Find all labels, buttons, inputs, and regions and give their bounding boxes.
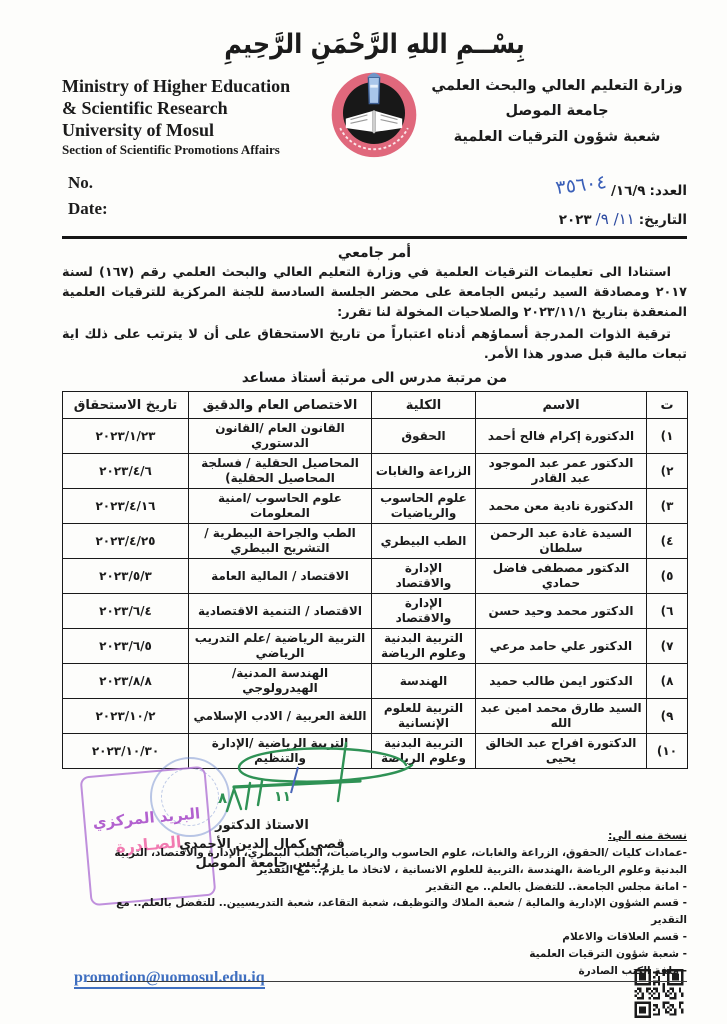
cell-college: الإدارة والاقتصاد	[372, 559, 476, 594]
promotions-table: ت الاسم الكلية الاختصاص العام والدقيق تا…	[62, 391, 688, 769]
reference-row: No. Date: العدد: /١٦/٩ ٣٥٦٠٤ التاريخ: /١…	[62, 170, 687, 233]
ministry-name-english: Ministry of Higher Education & Scientifi…	[62, 72, 320, 158]
cell-no: ٧)	[647, 629, 688, 664]
distribution-item: - شعبة شؤون الترقيات العلمية	[87, 946, 687, 963]
distribution-item: - قسم العلاقات والاعلام	[87, 929, 687, 946]
cell-date: ٢٠٢٣/١/٢٣	[63, 419, 189, 454]
number-label-ar: العدد:	[650, 179, 687, 203]
cell-no: ٥)	[647, 559, 688, 594]
cell-spec: اللغة العربية / الادب الإسلامي	[189, 699, 372, 734]
cell-date: ٢٠٢٣/١٠/٢	[63, 699, 189, 734]
cell-no: ١٠)	[647, 734, 688, 769]
col-header-college: الكلية	[372, 392, 476, 419]
cell-spec: المحاصيل الحقلية / فسلجة المحاصيل الحقلي…	[189, 454, 372, 489]
cell-spec: الطب والجراحة البيطرية / التشريح البيطري	[189, 524, 372, 559]
distribution-item: -عمادات كليات /الحقوق، الزراعة والغابات،…	[87, 845, 687, 879]
table-row: ٤)السيدة غادة عبد الرحمن سلطانالطب البيط…	[63, 524, 688, 559]
cell-name: الدكتور مصطفى فاضل حمادي	[476, 559, 647, 594]
cell-name: السيدة غادة عبد الرحمن سلطان	[476, 524, 647, 559]
cell-no: ٨)	[647, 664, 688, 699]
cell-date: ٢٠٢٣/٤/٢٥	[63, 524, 189, 559]
table-row: ٩)السيد طارق محمد امين عبد اللهالتربية ل…	[63, 699, 688, 734]
cell-name: السيد طارق محمد امين عبد الله	[476, 699, 647, 734]
date-label-ar: التاريخ:	[639, 208, 687, 232]
distribution-item: - قسم الشؤون الإدارية والمالية / شعبة ال…	[87, 895, 687, 929]
cell-name: الدكتورة إكرام فالح أحمد	[476, 419, 647, 454]
cell-no: ٣)	[647, 489, 688, 524]
table-row: ١)الدكتورة إكرام فالح أحمدالحقوقالقانون …	[63, 419, 688, 454]
cell-no: ٤)	[647, 524, 688, 559]
reference-values-ar: العدد: /١٦/٩ ٣٥٦٠٤ التاريخ: /١١/ ٩ ٢٠٢٣	[556, 170, 687, 233]
handwritten-date: /١١/ ٩	[596, 206, 635, 233]
cell-date: ٢٠٢٣/٥/٣	[63, 559, 189, 594]
cell-date: ٢٠٢٣/٦/٥	[63, 629, 189, 664]
date-year-printed: ٢٠٢٣	[559, 208, 592, 232]
section-name-ar: شعبة شؤون الترقيات العلمية	[427, 125, 687, 150]
bismillah-calligraphy: بِسْــمِ اللهِ الرَّحْمَنِ الرَّحِيمِ	[62, 28, 687, 59]
distribution-item: - ملفة الكتب الصادرة	[87, 963, 687, 980]
document-page: بِسْــمِ اللهِ الرَّحْمَنِ الرَّحِيمِ Mi…	[0, 0, 727, 1024]
cell-college: الهندسة	[372, 664, 476, 699]
letterhead: Ministry of Higher Education & Scientifi…	[62, 72, 687, 160]
cell-no: ١)	[647, 419, 688, 454]
col-header-name: الاسم	[476, 392, 647, 419]
cell-date: ٢٠٢٣/٤/٦	[63, 454, 189, 489]
table-row: ٣)الدكتورة نادية معن محمدعلوم الحاسوب وا…	[63, 489, 688, 524]
university-of-mosul-logo-icon	[326, 66, 422, 160]
ref-date-line: التاريخ: /١١/ ٩ ٢٠٢٣	[556, 206, 687, 233]
no-label: No.	[68, 170, 108, 196]
order-paragraph-2: ترقية الذوات المدرجة أسماؤهم أدناه اعتبا…	[62, 325, 687, 365]
cell-no: ٩)	[647, 699, 688, 734]
cell-college: التربية للعلوم الإنسانية	[372, 699, 476, 734]
university-name-en: University of Mosul	[62, 120, 320, 142]
cell-no: ٦)	[647, 594, 688, 629]
cell-college: الزراعة والغابات	[372, 454, 476, 489]
order-title: أمر جامعي	[62, 245, 687, 261]
cell-college: التربية البدنية وعلوم الرياضة	[372, 629, 476, 664]
ref-number-line: العدد: /١٦/٩ ٣٥٦٠٤	[556, 172, 687, 206]
cell-spec: علوم الحاسوب /امنية المعلومات	[189, 489, 372, 524]
ministry-line-ar: وزارة التعليم العالي والبحث العلمي	[427, 74, 687, 99]
university-name-ar: جامعة الموصل	[427, 99, 687, 124]
cell-spec: القانون العام /القانون الدستوري	[189, 419, 372, 454]
distribution-list: نسخة منه الي: -عمادات كليات /الحقوق، الز…	[87, 827, 687, 982]
cell-college: الحقوق	[372, 419, 476, 454]
order-paragraph-1: استنادا الى تعليمات الترقيات العلمية في …	[62, 263, 687, 322]
table-row: ٦)الدكتور محمد وحيد حسنالإدارة والاقتصاد…	[63, 594, 688, 629]
col-header-entitlement-date: تاريخ الاستحقاق	[63, 392, 189, 419]
cell-college: الطب البيطري	[372, 524, 476, 559]
handwritten-month: ١١	[274, 789, 291, 805]
ministry-line-2: & Scientific Research	[62, 98, 320, 120]
cell-name: الدكتورة افراح عبد الخالق يحيى	[476, 734, 647, 769]
table-row: ٧)الدكتور علي حامد مرعيالتربية البدنية و…	[63, 629, 688, 664]
cell-name: الدكتور علي حامد مرعي	[476, 629, 647, 664]
cell-name: الدكتور عمر عبد الموجود عبد القادر	[476, 454, 647, 489]
col-header-no: ت	[647, 392, 688, 419]
cell-spec: التربية الرياضية /علم التدريب الرياضي	[189, 629, 372, 664]
cell-name: الدكتورة نادية معن محمد	[476, 489, 647, 524]
promotion-subject-line: من مرتبة مدرس الى مرتبة أستاذ مساعد	[62, 370, 687, 386]
cell-college: علوم الحاسوب والرياضيات	[372, 489, 476, 524]
cell-name: الدكتور محمد وحيد حسن	[476, 594, 647, 629]
cell-spec: الاقتصاد / المالية العامة	[189, 559, 372, 594]
cell-spec: الاقتصاد / التنمية الاقتصادية	[189, 594, 372, 629]
cell-name: الدكتور ايمن طالب حميد	[476, 664, 647, 699]
table-row: ٨)الدكتور ايمن طالب حميدالهندسةالهندسة ا…	[63, 664, 688, 699]
distribution-item: - امانة مجلس الجامعة.. للتفضل بالعلم.. م…	[87, 879, 687, 896]
cell-no: ٢)	[647, 454, 688, 489]
col-header-specialization: الاختصاص العام والدقيق	[189, 392, 372, 419]
cell-date: ٢٠٢٣/٤/١٦	[63, 489, 189, 524]
table-header-row: ت الاسم الكلية الاختصاص العام والدقيق تا…	[63, 392, 688, 419]
handwritten-ref-number: ٣٥٦٠٤	[554, 165, 609, 205]
distribution-title: نسخة منه الي:	[87, 827, 687, 845]
signature-and-distribution-section: البريد المركزي الصـادرة ٨ ١١	[62, 771, 687, 963]
table-row: ٢)الدكتور عمر عبد الموجود عبد القادرالزر…	[63, 454, 688, 489]
cell-date: ٢٠٢٣/٦/٤	[63, 594, 189, 629]
table-row: ٥)الدكتور مصطفى فاضل حماديالإدارة والاقت…	[63, 559, 688, 594]
number-printed: /١٦/٩	[611, 179, 646, 203]
handwritten-day: ٨	[218, 789, 227, 807]
ministry-line-1: Ministry of Higher Education	[62, 76, 320, 98]
header-divider	[62, 236, 687, 239]
date-label: Date:	[68, 196, 108, 222]
reference-labels-en: No. Date:	[62, 170, 108, 233]
ministry-name-arabic: وزارة التعليم العالي والبحث العلمي جامعة…	[427, 72, 687, 150]
cell-date: ٢٠٢٣/٨/٨	[63, 664, 189, 699]
cell-spec: الهندسة المدنية/ الهيدرولوجي	[189, 664, 372, 699]
cell-college: الإدارة والاقتصاد	[372, 594, 476, 629]
section-name-en: Section of Scientific Promotions Affairs	[62, 142, 320, 158]
